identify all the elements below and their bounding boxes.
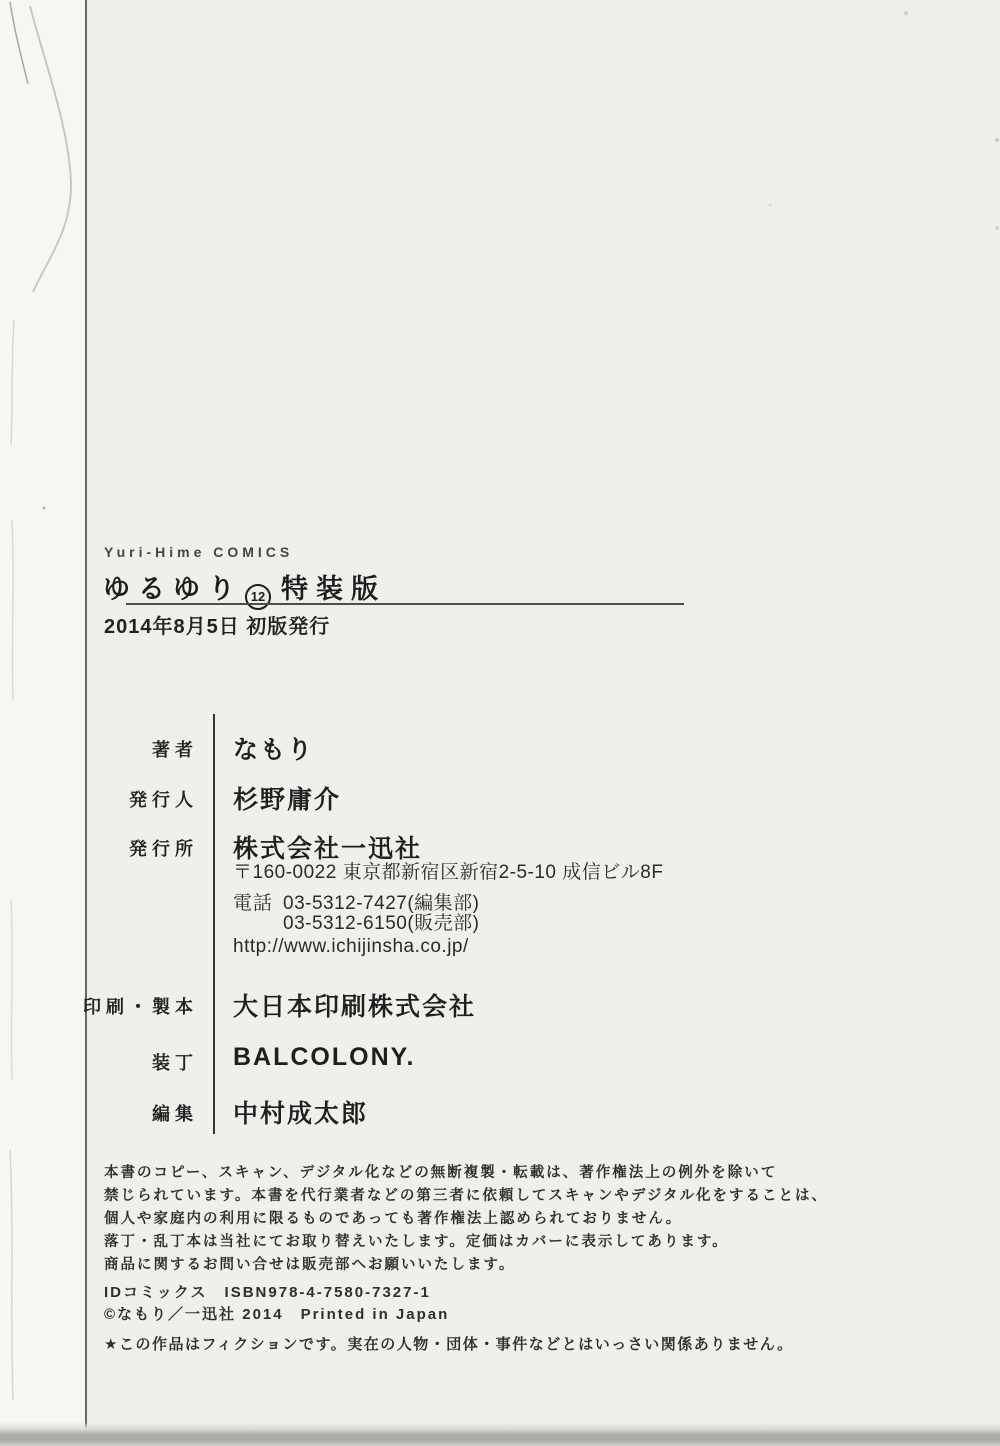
colophon-row-publisher-person: 発行人 杉野庸介: [0, 780, 1000, 810]
printer-value: 大日本印刷株式会社: [233, 987, 476, 1023]
edition-date: 2014年8月5日 初版発行: [104, 617, 330, 637]
fiction-disclaimer: ★この作品はフィクションです。実在の人物・団体・事件などとはいっさい関係ありませ…: [104, 1337, 794, 1352]
editor-value: 中村成太郎: [233, 1094, 368, 1130]
design-value: BALCOLONY.: [233, 1043, 416, 1072]
colophon-row-author: 著者 なもり: [0, 730, 1000, 760]
copyright-notice-line: 禁じられています。本書を代行業者などの第三者に依頼してスキャンやデジタル化をする…: [104, 1185, 828, 1208]
publisher-address: 〒160-0022 東京都新宿区新宿2-5-10 成信ビル8F: [233, 863, 663, 882]
author-value: なもり: [233, 730, 314, 766]
copyright-notice-line: 本書のコピー、スキャン、デジタル化などの無断複製・転載は、著作権法上の例外を除い…: [104, 1162, 828, 1185]
colophon-row-design: 装丁 BALCOLONY.: [0, 1043, 1000, 1073]
publisher-tel-editorial-row: 電話 03-5312-7427(編集部): [0, 888, 1000, 910]
scan-fold-line: [85, 0, 87, 1432]
scanner-bottom-shadow: [0, 1422, 1000, 1446]
title-underline: [126, 603, 684, 605]
publisher-url: http://www.ichijinsha.co.jp/: [233, 937, 469, 956]
colophon-row-publisher: 発行所 株式会社一迅社: [0, 829, 1000, 859]
volume-badge: 12: [245, 584, 271, 610]
title-text-post: 特装版: [281, 574, 386, 604]
publisher-person-label: 発行人: [0, 786, 198, 812]
design-label: 装丁: [0, 1049, 198, 1075]
author-label: 著者: [0, 736, 198, 762]
copyright-line: ©なもり／一迅社 2014 Printed in Japan: [104, 1307, 449, 1322]
isbn-line: IDコミックス ISBN978-4-7580-7327-1: [104, 1285, 431, 1300]
imprint-label: Yuri-Hime COMICS: [104, 545, 293, 559]
copyright-notice-line: 落丁・乱丁本は当社にてお取り替えいたします。定価はカバーに表示してあります。: [104, 1231, 828, 1254]
editor-label: 編集: [0, 1100, 198, 1126]
colophon-row-printer: 印刷・製本 大日本印刷株式会社: [0, 987, 1000, 1017]
publisher-value: 株式会社一迅社: [233, 829, 422, 865]
volume-number: 12: [251, 590, 265, 603]
colophon-row-editor: 編集 中村成太郎: [0, 1094, 1000, 1124]
tel-label: 電話: [233, 888, 273, 915]
copyright-notice-line: 個人や家庭内の利用に限るものであっても著作権法上認められておりません。: [104, 1208, 828, 1231]
publisher-person-value: 杉野庸介: [233, 780, 341, 816]
printer-label: 印刷・製本: [0, 993, 198, 1019]
copyright-notice: 本書のコピー、スキャン、デジタル化などの無断複製・転載は、著作権法上の例外を除い…: [104, 1162, 828, 1277]
publisher-label: 発行所: [0, 835, 198, 861]
title-text-pre: ゆるゆり: [103, 574, 243, 604]
scan-page-edge-strip: [0, 0, 85, 1446]
copyright-notice-line: 商品に関するお問い合せは販売部へお願いいたします。: [104, 1254, 828, 1277]
colophon-page: Yuri-Hime COMICS ゆるゆり12特装版 2014年8月5日 初版発…: [0, 0, 1000, 1446]
tel-sales-number: 03-5312-6150(販売部): [283, 914, 479, 933]
tel-editorial-number: 03-5312-7427(編集部): [283, 888, 479, 915]
